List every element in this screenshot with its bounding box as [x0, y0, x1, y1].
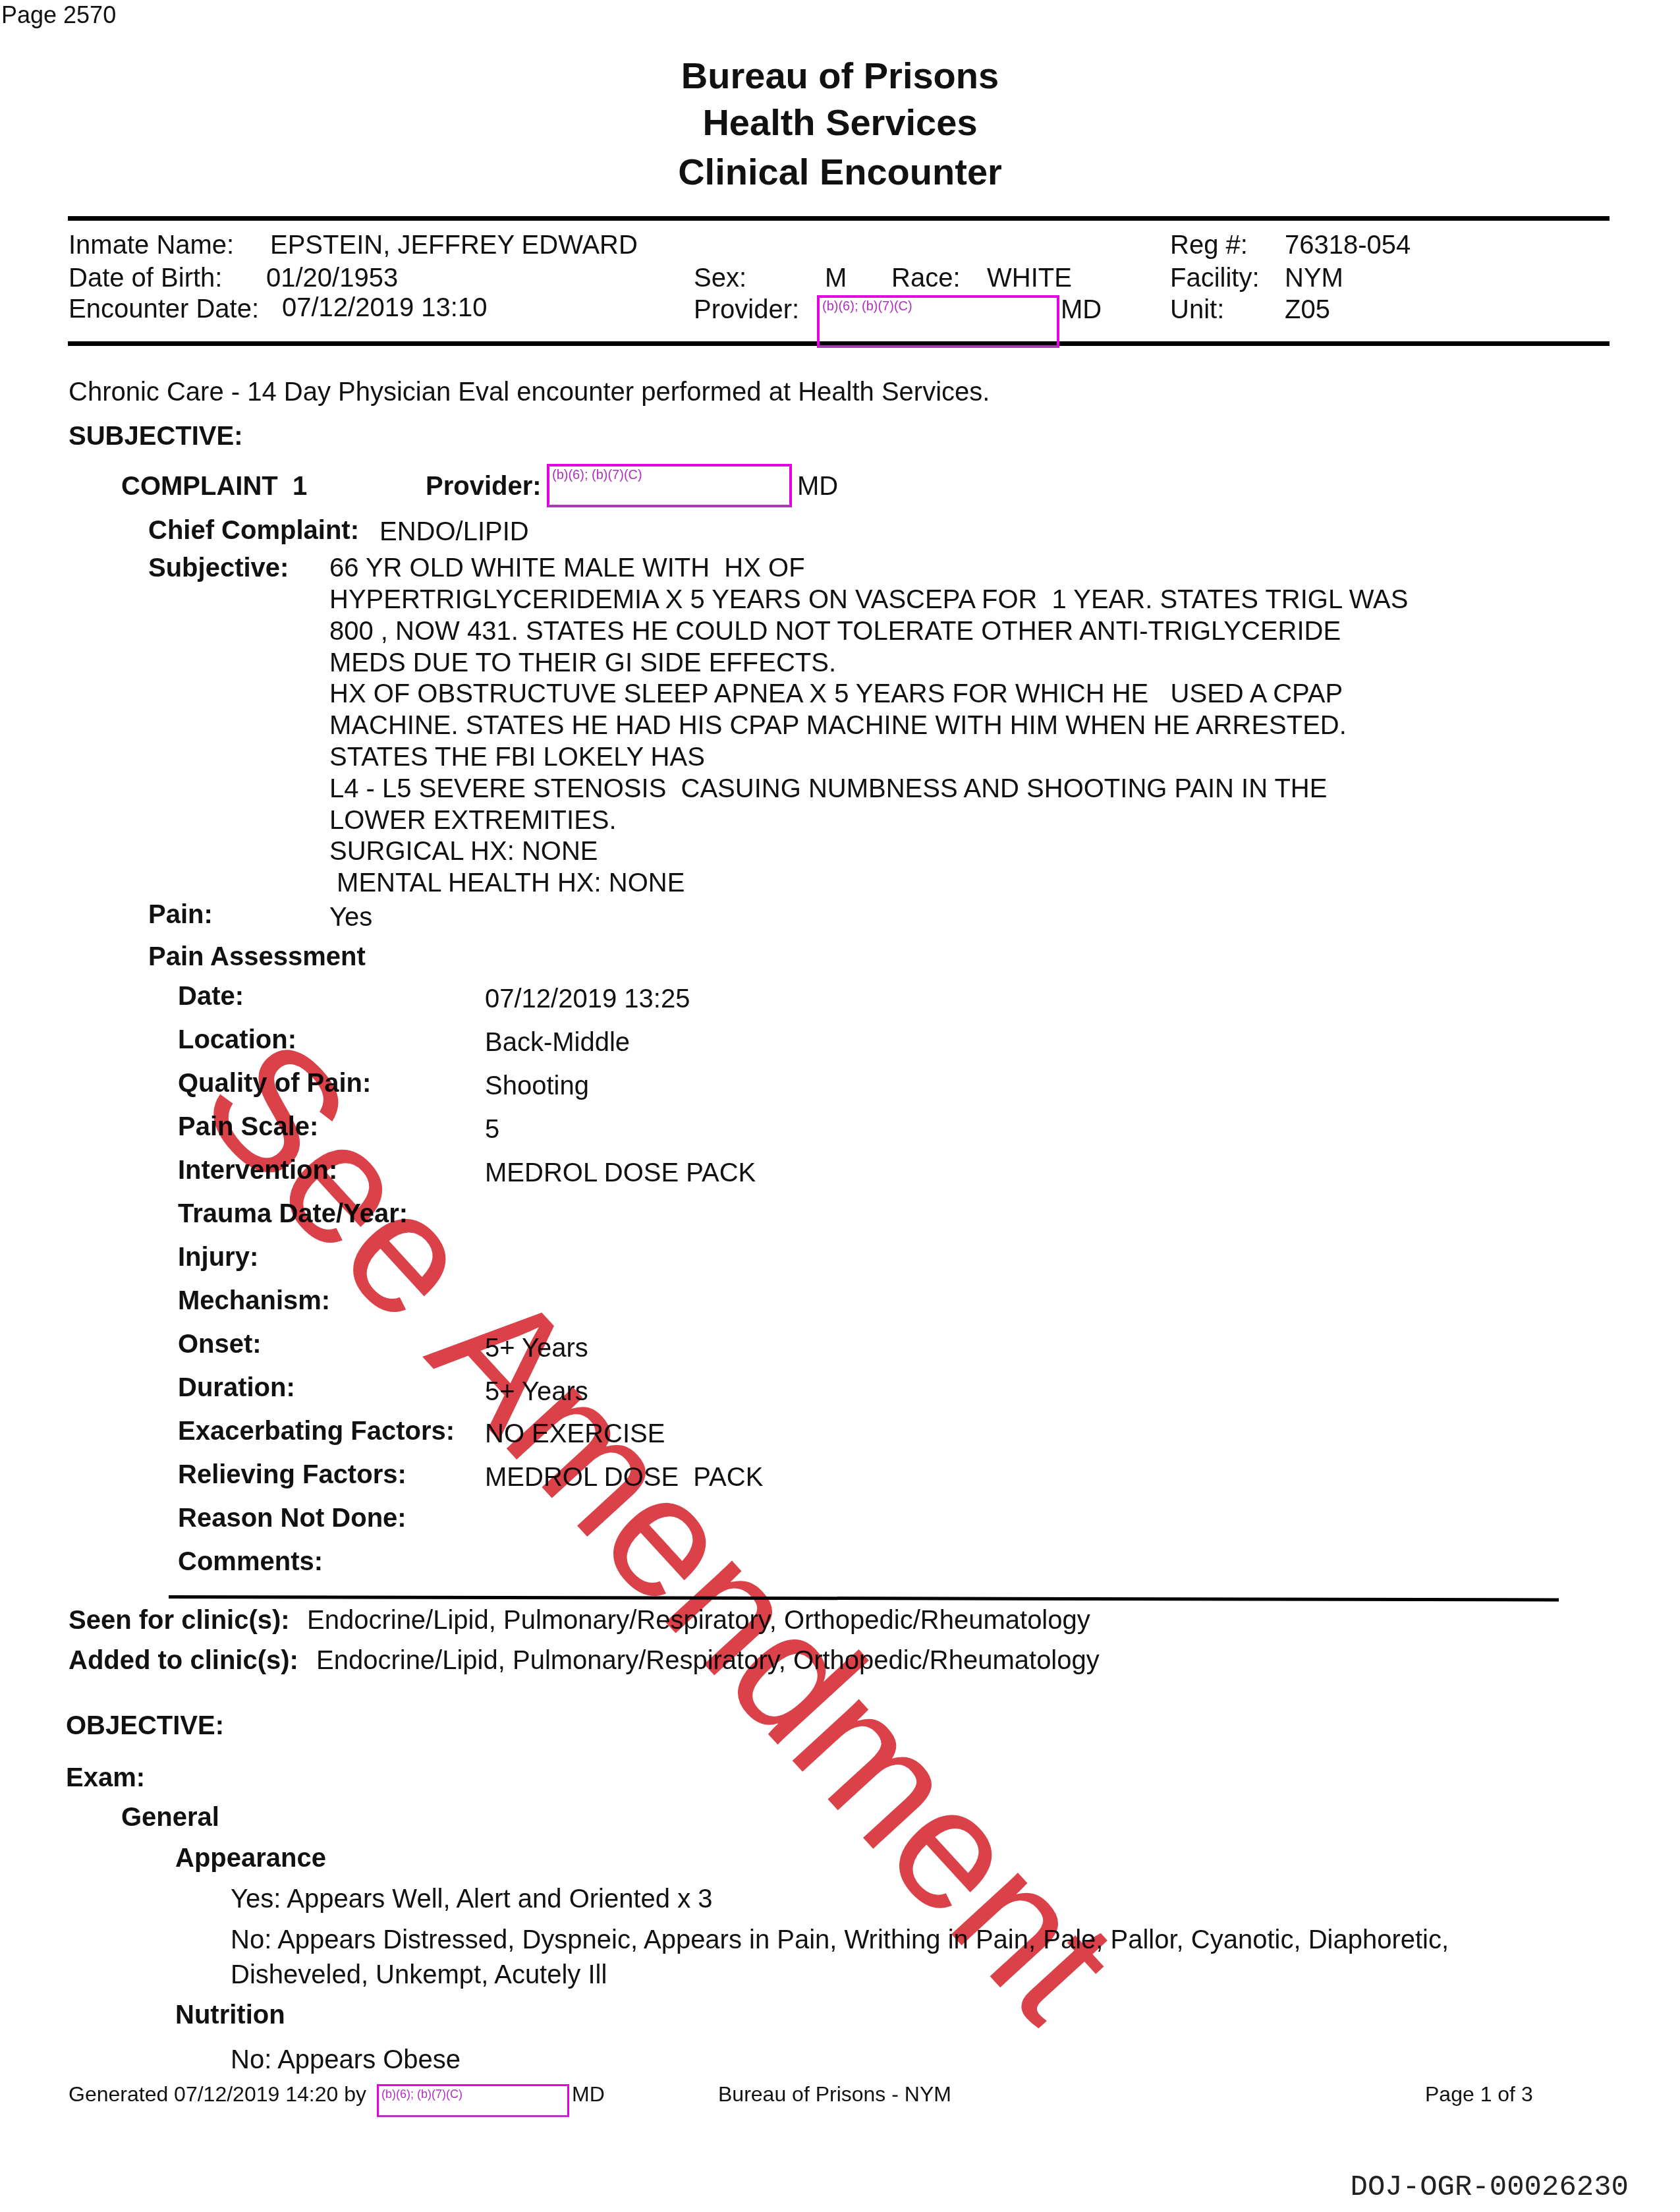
redaction-code: (b)(6); (b)(7)(C) — [552, 468, 642, 483]
footer-facility: Bureau of Prisons - NYM — [718, 2082, 951, 2107]
seen-for-clinic-label: Seen for clinic(s): — [69, 1606, 290, 1635]
appearance-label: Appearance — [175, 1844, 326, 1873]
reg-label: Reg #: — [1170, 231, 1248, 260]
pa-label-exacerbating: Exacerbating Factors: — [178, 1417, 455, 1446]
subjective-line: MENTAL HEALTH HX: NONE — [329, 868, 685, 898]
subjective-line: LOWER EXTREMITIES. — [329, 806, 617, 836]
subjective-line: MACHINE. STATES HE HAD HIS CPAP MACHINE … — [329, 711, 1347, 741]
footer-page-number: Page 1 of 3 — [1425, 2082, 1533, 2107]
race: WHITE — [987, 264, 1072, 293]
subjective-line: HYPERTRIGLYCERIDEMIA X 5 YEARS ON VASCEP… — [329, 585, 1408, 615]
pain-value: Yes — [329, 903, 372, 932]
added-to-clinic-label: Added to clinic(s): — [69, 1646, 298, 1676]
appearance-no-line2: Disheveled, Unkempt, Acutely Ill — [231, 1960, 607, 1990]
subjective-line: 66 YR OLD WHITE MALE WITH HX OF — [329, 553, 805, 583]
subjective-label: Subjective: — [148, 553, 289, 583]
unit-label: Unit: — [1170, 295, 1224, 325]
appearance-no-line1: No: Appears Distressed, Dyspneic, Appear… — [231, 1925, 1449, 1955]
pa-label-date: Date: — [178, 982, 244, 1011]
chief-complaint-label: Chief Complaint: — [148, 516, 359, 546]
title-bureau: Bureau of Prisons — [0, 54, 1680, 97]
general-label: General — [121, 1803, 219, 1832]
pa-value-location: Back-Middle — [485, 1028, 630, 1058]
complaint-provider-suffix: MD — [797, 472, 838, 501]
exam-label: Exam: — [66, 1763, 145, 1793]
inmate-name: EPSTEIN, JEFFREY EDWARD — [270, 231, 638, 260]
bates-number: DOJ-OGR-00026230 — [1351, 2171, 1629, 2204]
pa-label-relieving: Relieving Factors: — [178, 1460, 406, 1490]
reg-number: 76318-054 — [1285, 231, 1411, 260]
encounter-summary: Chronic Care - 14 Day Physician Eval enc… — [69, 378, 990, 407]
sex-label: Sex: — [694, 264, 746, 293]
provider-redaction: (b)(6); (b)(7)(C) — [817, 295, 1059, 348]
section-divider — [169, 1595, 1559, 1601]
subjective-line: L4 - L5 SEVERE STENOSIS CASUING NUMBNESS… — [329, 774, 1327, 804]
footer-generated: Generated 07/12/2019 14:20 by — [69, 2082, 366, 2107]
pa-label-onset: Onset: — [178, 1330, 262, 1359]
pa-value-date: 07/12/2019 13:25 — [485, 984, 690, 1014]
encounter-date: 07/12/2019 13:10 — [282, 293, 487, 323]
footer-generated-suffix: MD — [572, 2082, 605, 2107]
pa-label-comments: Comments: — [178, 1547, 323, 1577]
facility: NYM — [1285, 264, 1343, 293]
subjective-heading: SUBJECTIVE: — [69, 422, 243, 451]
subjective-line: HX OF OBSTRUCTUVE SLEEP APNEA X 5 YEARS … — [329, 679, 1343, 709]
pa-label-duration: Duration: — [178, 1373, 295, 1403]
subjective-line: SURGICAL HX: NONE — [329, 837, 598, 866]
pa-label-reason-not-done: Reason Not Done: — [178, 1504, 406, 1533]
header-rule-top — [68, 216, 1610, 221]
appearance-yes: Yes: Appears Well, Alert and Oriented x … — [231, 1885, 713, 1914]
complaint-label: COMPLAINT 1 — [121, 472, 307, 501]
pa-label-injury: Injury: — [178, 1243, 258, 1272]
dob: 01/20/1953 — [266, 264, 398, 293]
footer-redaction: (b)(6); (b)(7)(C) — [377, 2084, 569, 2117]
redaction-code: (b)(6); (b)(7)(C) — [822, 299, 912, 314]
redaction-code: (b)(6); (b)(7)(C) — [381, 2087, 462, 2101]
complaint-provider-redaction: (b)(6); (b)(7)(C) — [547, 464, 792, 507]
page-stamp: Page 2570 — [1, 1, 116, 29]
provider-suffix: MD — [1061, 295, 1102, 325]
title-clinical-encounter: Clinical Encounter — [0, 150, 1680, 193]
subjective-line: 800 , NOW 431. STATES HE COULD NOT TOLER… — [329, 617, 1341, 646]
pain-assessment-heading: Pain Assessment — [148, 942, 366, 972]
nutrition-no: No: Appears Obese — [231, 2045, 461, 2075]
complaint-provider-label: Provider: — [426, 472, 542, 501]
provider-label: Provider: — [694, 295, 799, 325]
dob-label: Date of Birth: — [69, 264, 222, 293]
pa-value-quality: Shooting — [485, 1071, 589, 1101]
subjective-line: MEDS DUE TO THEIR GI SIDE EFFECTS. — [329, 648, 836, 678]
title-health-services: Health Services — [0, 101, 1680, 144]
pa-value-scale: 5 — [485, 1115, 499, 1145]
sex: M — [825, 264, 847, 293]
subjective-line: STATES THE FBI LOKELY HAS — [329, 743, 705, 772]
facility-label: Facility: — [1170, 264, 1260, 293]
chief-complaint: ENDO/LIPID — [379, 517, 529, 547]
unit: Z05 — [1285, 295, 1330, 325]
objective-heading: OBJECTIVE: — [66, 1711, 224, 1741]
encounter-date-label: Encounter Date: — [69, 295, 259, 324]
inmate-name-label: Inmate Name: — [69, 231, 234, 260]
race-label: Race: — [891, 264, 961, 293]
pa-value-intervention: MEDROL DOSE PACK — [485, 1158, 756, 1188]
nutrition-label: Nutrition — [175, 2000, 285, 2030]
pain-label: Pain: — [148, 900, 213, 930]
